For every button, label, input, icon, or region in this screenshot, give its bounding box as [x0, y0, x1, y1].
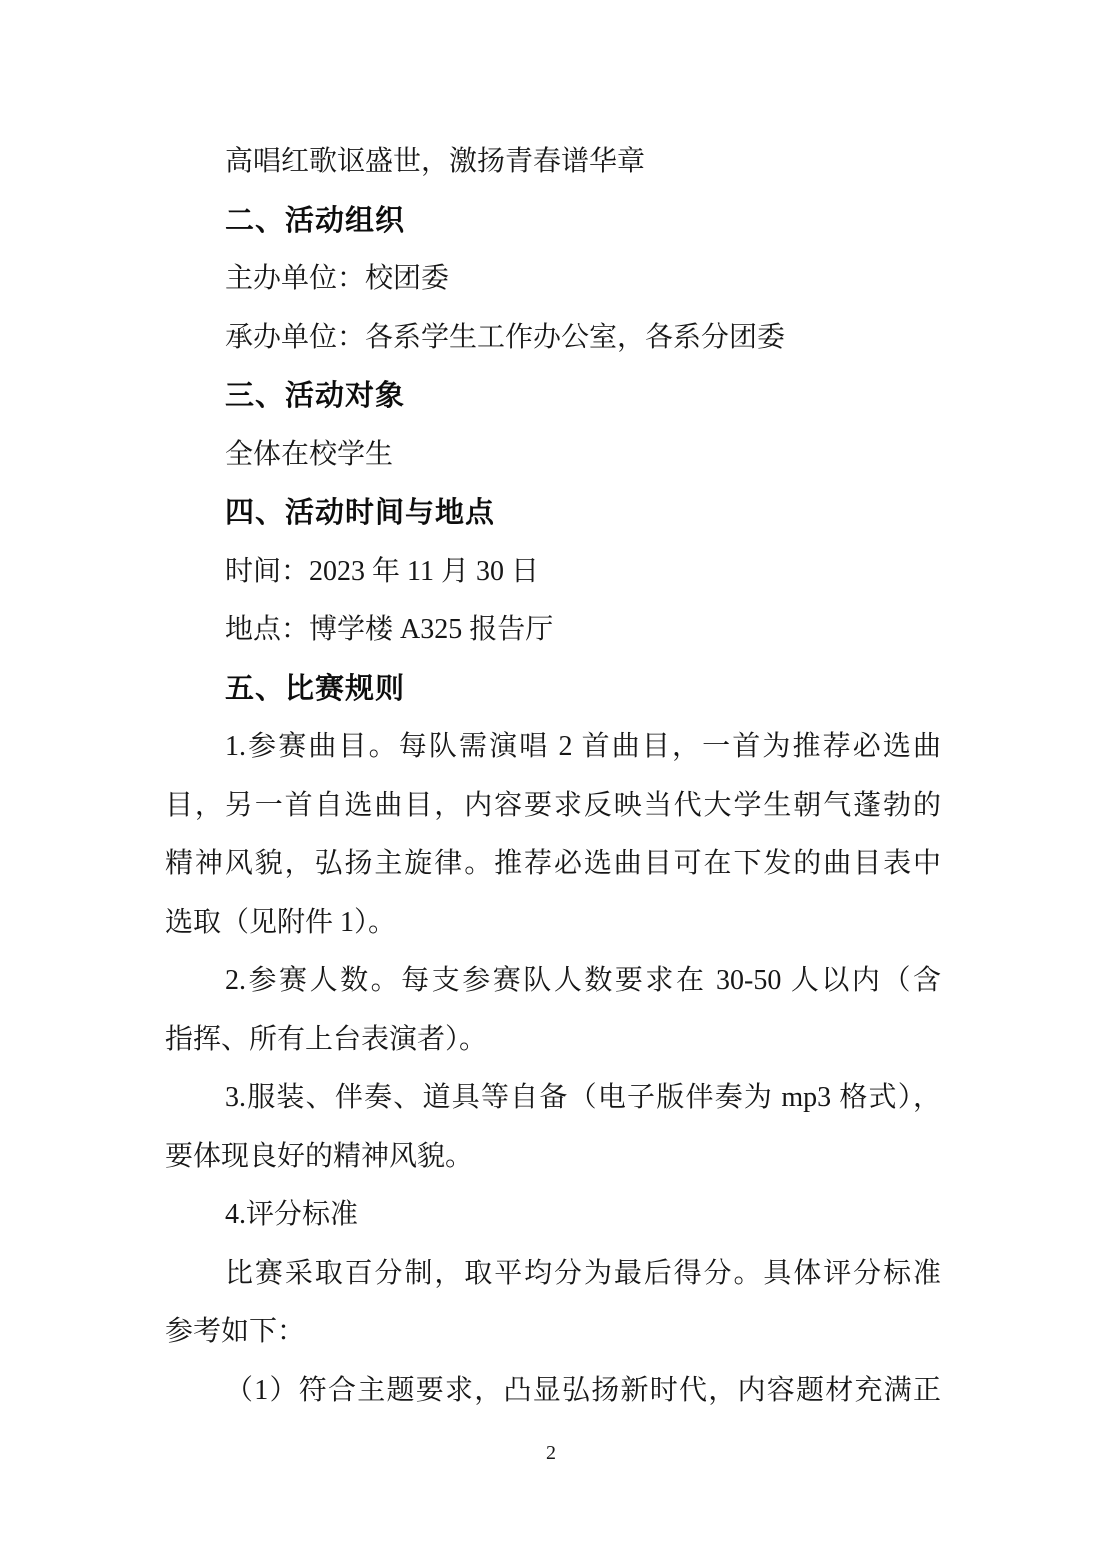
rule-1-line-3: 精神风貌，弘扬主旋律。推荐必选曲目可在下发的曲目表中 [165, 835, 941, 894]
rule-1-line-2: 目，另一首自选曲目，内容要求反映当代大学生朝气蓬勃的 [165, 777, 941, 836]
line-organizer: 主办单位：校团委 [165, 250, 941, 309]
rule-2-line-1: 2.参赛人数。每支参赛队人数要求在 30-50 人以内（含 [165, 952, 941, 1011]
document-page: 高唱红歌讴盛世，激扬青春谱华章 二、活动组织 主办单位：校团委 承办单位：各系学… [0, 0, 1102, 1559]
rule-3-line-1: 3.服装、伴奏、道具等自备（电子版伴奏为 mp3 格式）， [165, 1069, 941, 1128]
line-activity-place: 地点：博学楼 A325 报告厅 [165, 601, 941, 660]
rule-4-title: 4.评分标准 [165, 1186, 941, 1245]
slogan-line: 高唱红歌讴盛世，激扬青春谱华章 [165, 133, 941, 192]
rule-2-line-2: 指挥、所有上台表演者）。 [165, 1011, 941, 1070]
rule-1-line-4: 选取（见附件 1）。 [165, 894, 941, 953]
scoring-desc-line-2: 参考如下： [165, 1303, 941, 1362]
criteria-item-1: （1）符合主题要求，凸显弘扬新时代，内容题材充满正 [165, 1362, 941, 1421]
scoring-desc-line-1: 比赛采取百分制，取平均分为最后得分。具体评分标准 [165, 1245, 941, 1304]
heading-activity-target: 三、活动对象 [165, 367, 941, 426]
rule-3-line-2: 要体现良好的精神风貌。 [165, 1128, 941, 1187]
line-target-audience: 全体在校学生 [165, 426, 941, 485]
line-activity-time: 时间：2023 年 11 月 30 日 [165, 543, 941, 602]
heading-activity-organization: 二、活动组织 [165, 192, 941, 251]
rule-1-line-1: 1.参赛曲目。每队需演唱 2 首曲目，一首为推荐必选曲 [165, 718, 941, 777]
document-text-area: 高唱红歌讴盛世，激扬青春谱华章 二、活动组织 主办单位：校团委 承办单位：各系学… [165, 133, 941, 1420]
line-co-organizer: 承办单位：各系学生工作办公室，各系分团委 [165, 309, 941, 368]
heading-competition-rules: 五、比赛规则 [165, 660, 941, 719]
heading-time-and-place: 四、活动时间与地点 [165, 484, 941, 543]
page-number: 2 [0, 1440, 1102, 1466]
